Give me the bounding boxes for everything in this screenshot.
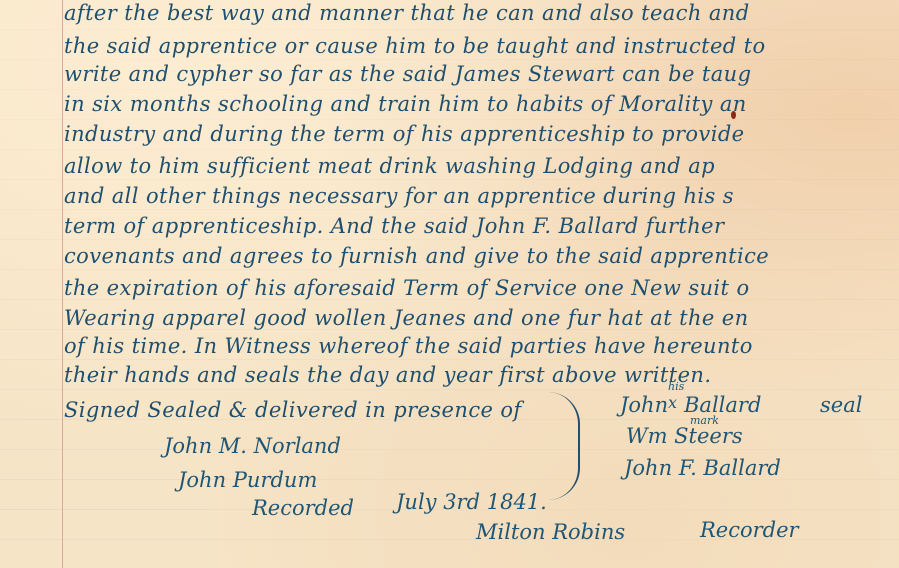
- recorder-name: Milton Robins: [476, 520, 625, 544]
- signature-ballard: John F. Ballard: [624, 456, 781, 480]
- margin-rule: [62, 0, 63, 568]
- ink-blot: [731, 111, 736, 119]
- body-line: their hands and seals the day and year f…: [64, 365, 711, 386]
- body-line: in six months schooling and train him to…: [64, 94, 747, 115]
- recorded-label: Recorded: [252, 496, 354, 520]
- signature-seal: seal: [820, 393, 862, 417]
- body-line: write and cypher so far as the said Jame…: [64, 64, 751, 85]
- body-line: industry and during the term of his appr…: [64, 124, 745, 145]
- recorder-title: Recorder: [700, 518, 799, 542]
- witness-signature: John Purdum: [178, 468, 317, 492]
- body-line: the said apprentice or cause him to be t…: [64, 36, 766, 57]
- signature-mark-symbol: x: [668, 393, 677, 412]
- signature-name-left: John: [620, 393, 668, 417]
- body-line: allow to him sufficient meat drink washi…: [64, 156, 715, 177]
- document-page: after the best way and manner that he ca…: [0, 0, 899, 568]
- body-line: of his time. In Witness whereof the said…: [64, 336, 753, 357]
- body-line: Wearing apparel good wollen Jeanes and o…: [64, 308, 749, 329]
- body-line: after the best way and manner that he ca…: [64, 3, 750, 24]
- signature-brace: [548, 392, 580, 500]
- body-line: the expiration of his aforesaid Term of …: [64, 278, 750, 299]
- witness-signature: John M. Norland: [164, 434, 341, 458]
- attestation-line: Signed Sealed & delivered in presence of: [64, 400, 522, 421]
- signature-mark-top: his: [668, 380, 684, 393]
- body-line: and all other things necessary for an ap…: [64, 186, 734, 207]
- body-line: term of apprenticeship. And the said Joh…: [64, 216, 724, 237]
- body-line: covenants and agrees to furnish and give…: [64, 246, 769, 267]
- signature-steers: Wm Steers: [626, 424, 743, 448]
- recorded-date: July 3rd 1841.: [396, 490, 547, 514]
